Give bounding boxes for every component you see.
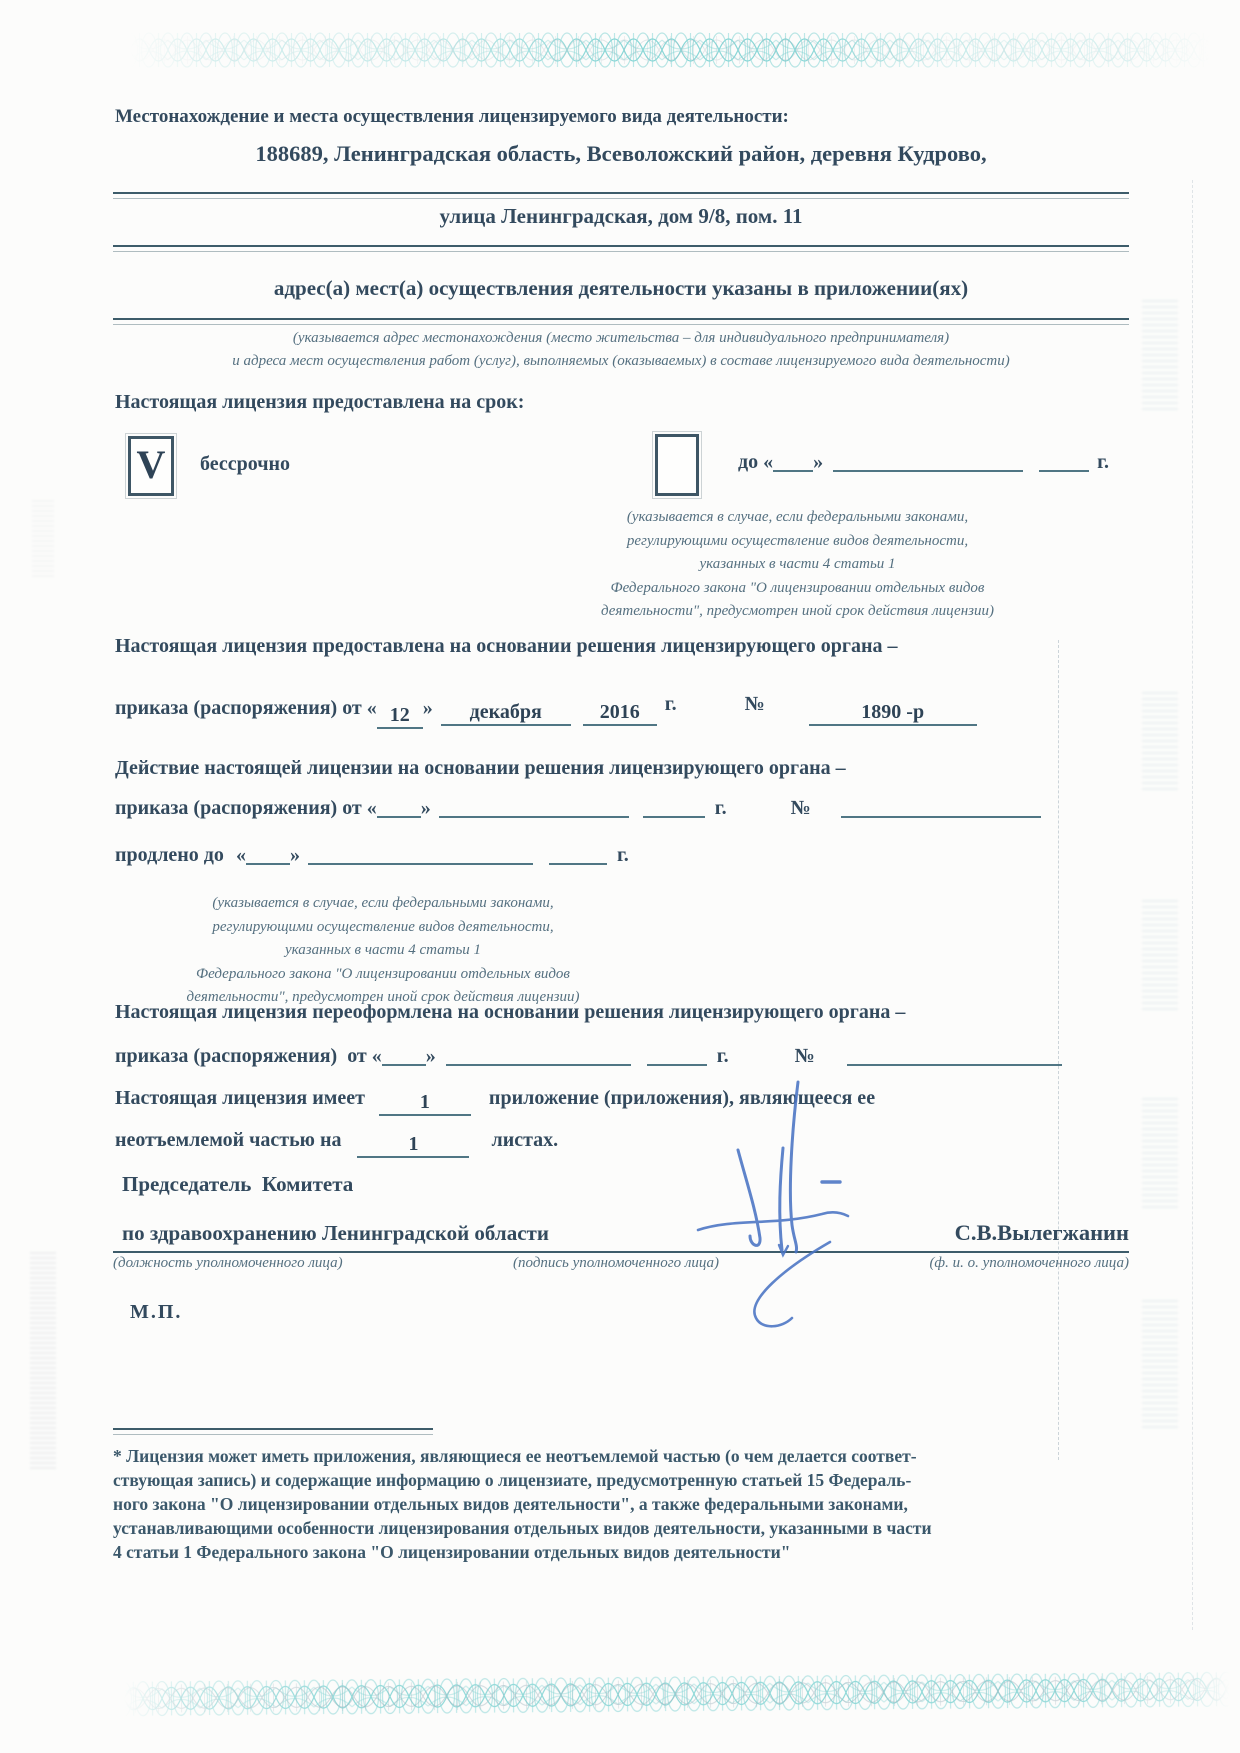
order-label: приказа (распоряжения) от « (115, 797, 377, 819)
fold-line (1058, 640, 1059, 1460)
order-month-value: декабря (441, 700, 571, 726)
signature-scribble (680, 1060, 920, 1340)
number-sign: № (791, 797, 811, 819)
checkmark: V (137, 445, 166, 485)
blank-line (833, 450, 1023, 472)
footnote-line: 4 статьи 1 Федерального закона "О лиценз… (113, 1540, 1135, 1564)
footnote-separator (113, 1428, 433, 1435)
blank-line (549, 843, 607, 865)
quote-open: « (236, 844, 246, 866)
attachments-prefix: Настоящая лицензия имеет (115, 1087, 365, 1109)
clause-line: (указывается в случае, если федеральными… (565, 506, 1030, 530)
granted-header: Настоящая лицензия предоставлена на осно… (115, 634, 1130, 658)
signer-position-line-2: по здравоохранению Ленинградской области (122, 1221, 549, 1246)
term-header: Настоящая лицензия предоставлена на срок… (115, 390, 524, 414)
signer-position-line-1: Председатель Комитета (122, 1172, 353, 1197)
attachments-row-2: неотъемлемой частью на1листах. (115, 1128, 558, 1158)
blank-line (773, 450, 813, 472)
year-suffix: г. (617, 844, 629, 866)
quote-close: » (426, 1045, 436, 1067)
address-line-2: улица Ленинградская, дом 9/8, пом. 11 (115, 204, 1127, 229)
sheets-suffix: листах. (491, 1129, 558, 1151)
until-quote-close: » (813, 451, 823, 473)
blank-line (308, 843, 533, 865)
margin-smudge (32, 500, 54, 580)
quote-close: » (423, 697, 433, 719)
address-note-line-1: (указывается адрес местонахождения (мест… (115, 327, 1127, 351)
order-label: приказа (распоряжения) от « (115, 1045, 382, 1067)
footnote-line: ного закона "О лицензировании отдельных … (113, 1492, 1135, 1516)
address-note-line-2: и адреса мест осуществления работ (услуг… (115, 350, 1127, 374)
order-day-value: 12 (377, 703, 423, 729)
granted-order-row: приказа (распоряжения) от «12»декабря201… (115, 692, 977, 726)
number-sign: № (745, 693, 765, 715)
caption-position: (должность уполномоченного лица) (113, 1252, 343, 1276)
clause-line: указанных в части 4 статьи 1 (148, 939, 618, 963)
order-label: приказа (распоряжения) от « (115, 697, 377, 719)
bottom-guilloche-border (124, 1663, 1230, 1731)
footnote-line: * Лицензия может иметь приложения, являю… (113, 1444, 1135, 1468)
until-row: до «»г. (738, 450, 1109, 474)
margin-smudge (1142, 900, 1178, 1010)
address-line-1: 188689, Ленинградская область, Всеволожс… (115, 140, 1127, 167)
margin-smudge (1142, 300, 1178, 410)
margin-smudge (1142, 692, 1178, 792)
blank-line (377, 796, 421, 818)
quote-close: » (421, 797, 431, 819)
sheets-count: 1 (357, 1132, 469, 1158)
attachment-count: 1 (379, 1090, 471, 1116)
signature-underline: по здравоохранению Ленинградской области… (113, 1204, 1129, 1253)
quote-close: » (290, 844, 300, 866)
blank-line (643, 796, 705, 818)
location-header: Местонахождение и места осуществления ли… (115, 106, 1127, 129)
perpetual-label: бессрочно (200, 452, 290, 476)
sheets-prefix: неотъемлемой частью на (115, 1129, 341, 1151)
year-suffix: г. (715, 797, 727, 819)
reissued-header: Настоящая лицензия переоформлена на осно… (115, 1000, 1130, 1024)
caption-name: (ф. и. о. уполномоченного лица) (929, 1252, 1129, 1276)
clause-line: деятельности", предусмотрен иной срок де… (565, 600, 1030, 624)
blank-line (1039, 450, 1089, 472)
blank-line (439, 796, 629, 818)
address-line-3: адрес(а) мест(а) осуществления деятельно… (115, 276, 1127, 301)
divider-rule (113, 192, 1129, 199)
footnote-line: устанавливающими особенности лицензирова… (113, 1516, 1135, 1540)
prolonged-row: продлено до«»г. (115, 843, 629, 867)
footnote: * Лицензия может иметь приложения, являю… (113, 1444, 1135, 1564)
footnote-line: ствующая запись) и содержащие информацию… (113, 1468, 1135, 1492)
fold-line (1192, 180, 1193, 1630)
checkbox-perpetual-checked: V (128, 436, 174, 496)
clause-line: Федерального закона "О лицензировании от… (565, 577, 1030, 601)
seal-mark: М.П. (130, 1300, 182, 1324)
divider-rule (113, 318, 1129, 325)
clause-line: регулирующими осуществление видов деятел… (148, 916, 618, 940)
margin-smudge (30, 1252, 56, 1472)
blank-line (246, 843, 290, 865)
order-year-value: 2016 (583, 700, 657, 726)
term-clause-note: (указывается в случае, если федеральными… (565, 506, 1030, 624)
clause-line: указанных в части 4 статьи 1 (565, 553, 1030, 577)
action-header: Действие настоящей лицензии на основании… (115, 756, 1130, 780)
action-order-row: приказа (распоряжения) от «»г.№ (115, 796, 1041, 820)
order-number-value: 1890 -р (809, 700, 977, 726)
checkbox-until-empty (655, 434, 699, 496)
year-suffix: г. (1097, 451, 1109, 473)
signature-captions: (должность уполномоченного лица) (подпис… (113, 1252, 1129, 1276)
page: { "colors": {"ink":"#334a5e","note":"#55… (0, 0, 1240, 1753)
top-guilloche-border (130, 24, 1210, 78)
divider-rule (113, 245, 1129, 252)
clause-line: (указывается в случае, если федеральными… (148, 892, 618, 916)
signer-name: С.В.Вылегжанин (955, 1220, 1129, 1246)
blank-line (841, 796, 1041, 818)
margin-smudge (1142, 1098, 1178, 1208)
until-prefix: до « (738, 451, 773, 473)
prolonged-label: продлено до (115, 844, 224, 866)
blank-line (382, 1044, 426, 1066)
blank-line (446, 1044, 631, 1066)
prolong-clause-note: (указывается в случае, если федеральными… (148, 892, 618, 1010)
clause-line: регулирующими осуществление видов деятел… (565, 530, 1030, 554)
year-suffix: г. (665, 693, 677, 715)
margin-smudge (1142, 1300, 1178, 1430)
clause-line: Федерального закона "О лицензировании от… (148, 963, 618, 987)
